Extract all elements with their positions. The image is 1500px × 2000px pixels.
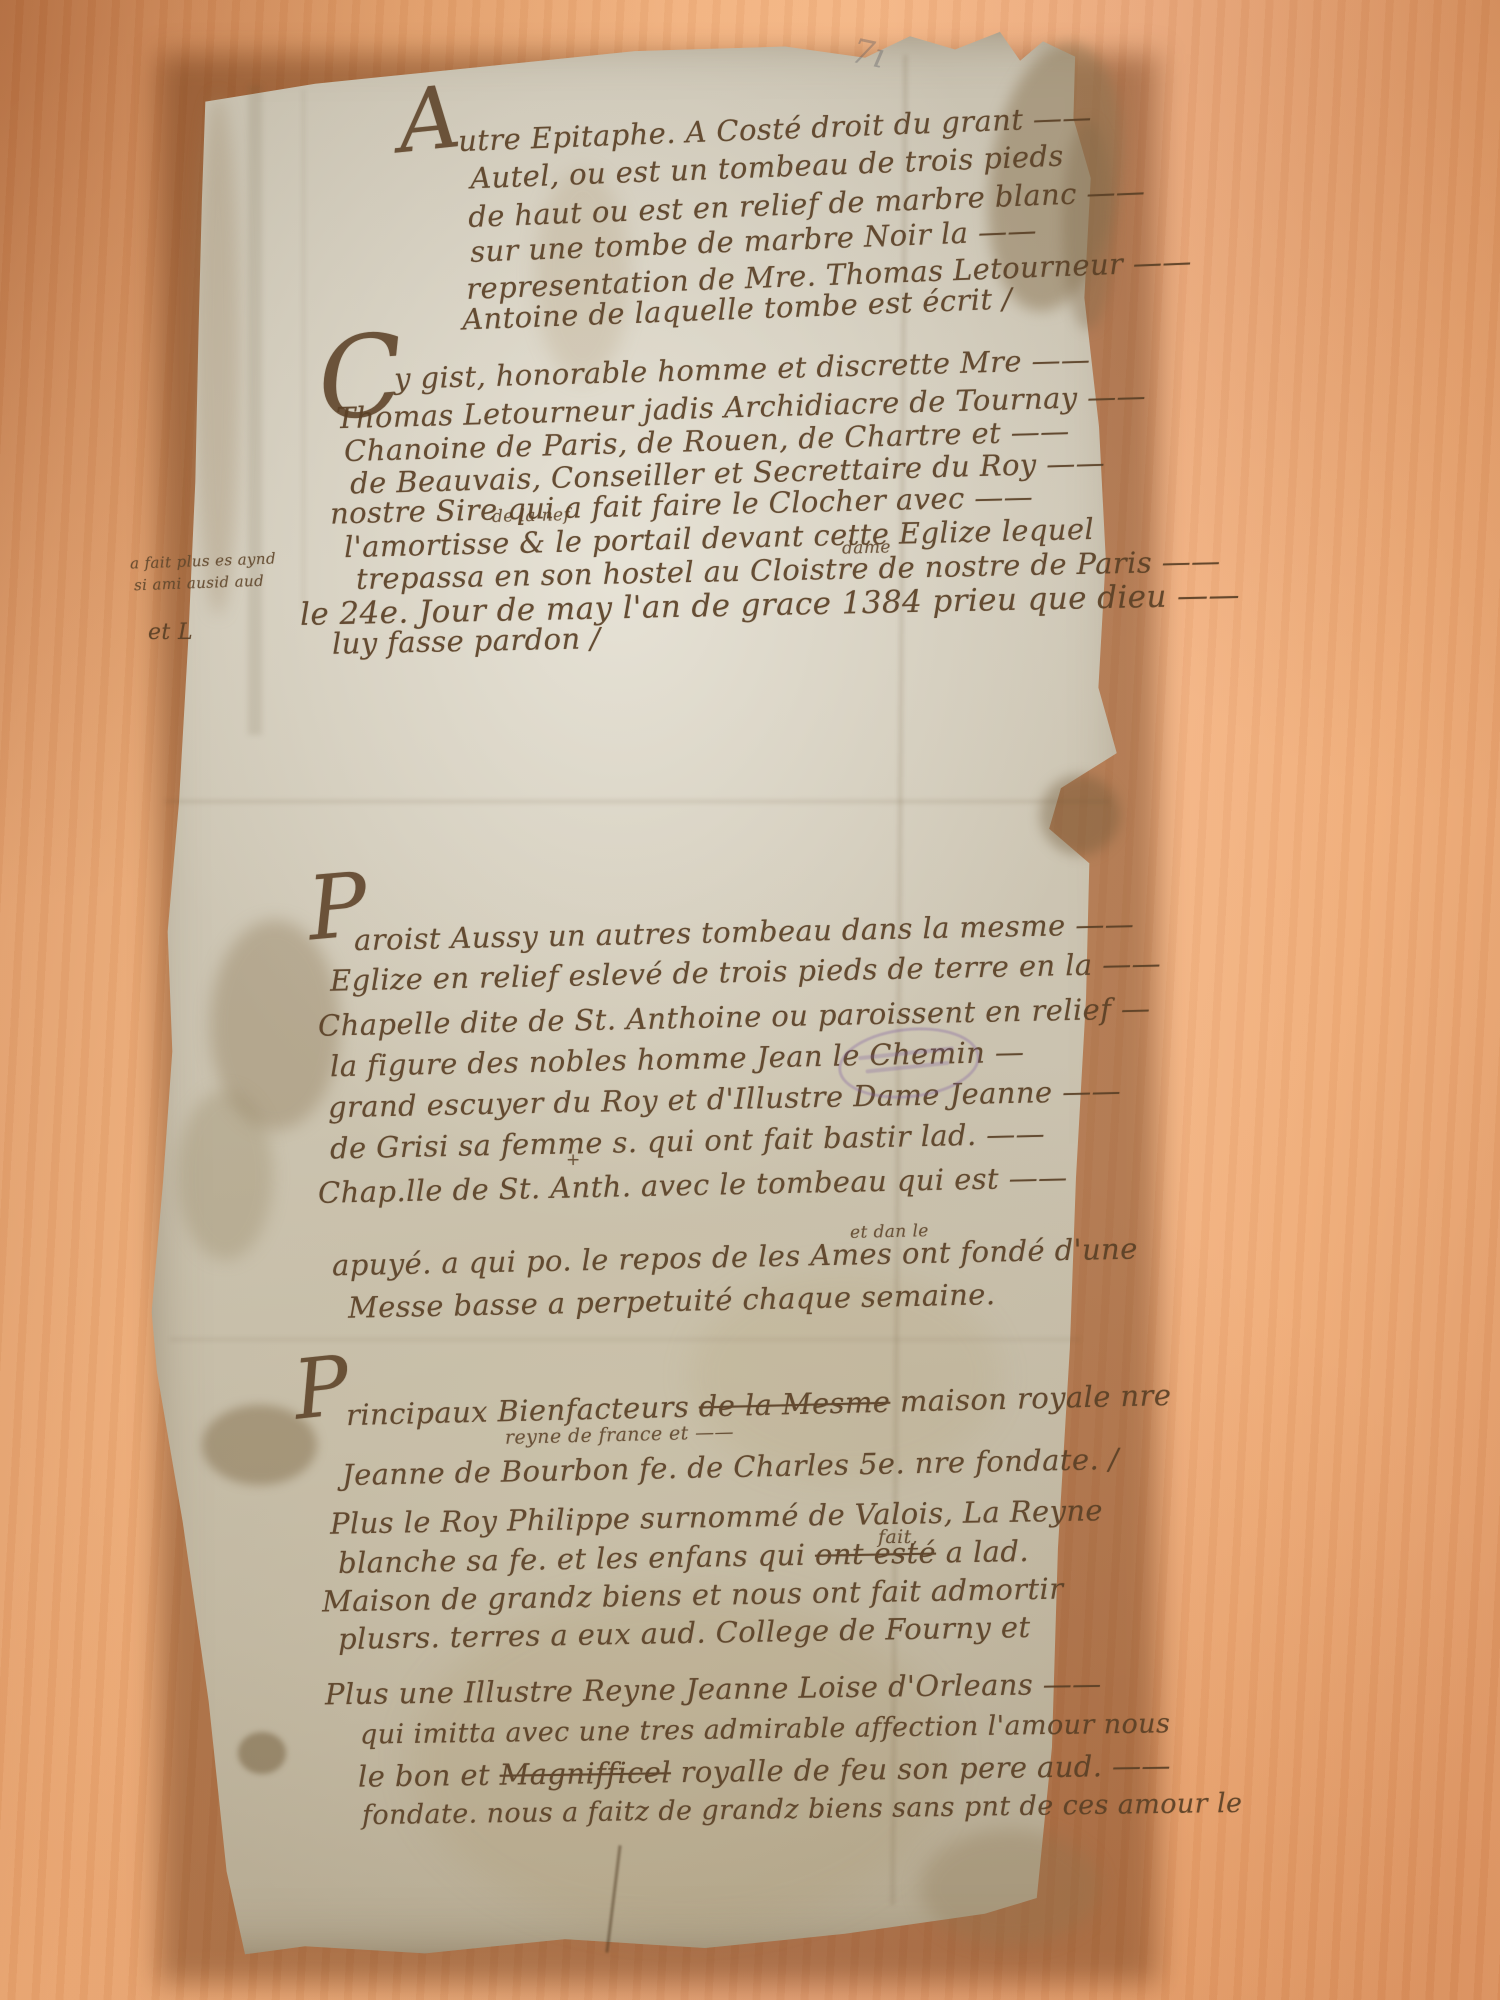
struck-text: de la Mesme bbox=[698, 1385, 890, 1424]
stamp-line bbox=[858, 1046, 954, 1060]
struck-text: ont esté bbox=[815, 1536, 937, 1572]
interline-insert: + bbox=[566, 1150, 581, 1170]
interline-insert: de la nef bbox=[492, 505, 571, 527]
drop-cap-a: A bbox=[395, 83, 464, 158]
line-segment: le bon et bbox=[358, 1758, 500, 1794]
margin-note: et L bbox=[148, 620, 193, 645]
drop-cap-p2: P bbox=[291, 1353, 353, 1424]
manuscript-line: luy fasse pardon / bbox=[332, 621, 601, 661]
stamp-line bbox=[865, 1061, 949, 1074]
line-segment: royalle de feu son pere aud. —— bbox=[671, 1748, 1171, 1789]
struck-text: Magnifficel bbox=[499, 1755, 671, 1791]
line-segment: maison royale nre bbox=[890, 1378, 1172, 1419]
photo-background: 7ı A utre Epitaphe. A Costé droit du gra… bbox=[0, 0, 1500, 2000]
line-segment: a lad. bbox=[936, 1534, 1029, 1570]
